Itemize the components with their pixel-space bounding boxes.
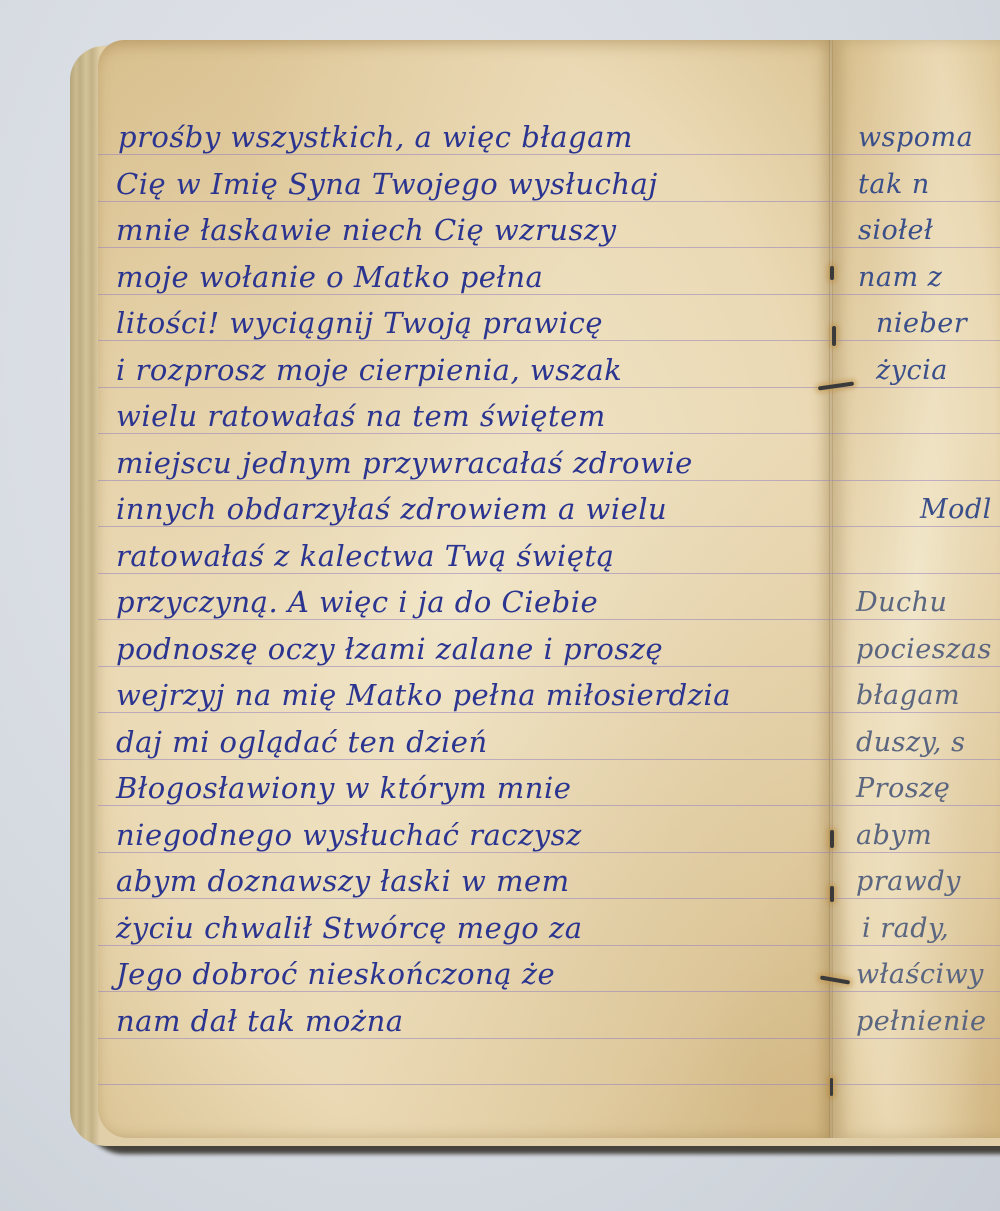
- ruled-line: [98, 480, 832, 481]
- handwritten-line: nieber: [876, 308, 967, 339]
- ruled-line: [832, 712, 1000, 713]
- handwritten-line: innych obdarzyłaś zdrowiem a wielu: [116, 492, 667, 526]
- handwritten-line: wspoma: [858, 122, 973, 153]
- handwritten-line: mnie łaskawie niech Cię wzruszy: [116, 213, 617, 247]
- ruled-line: [98, 1038, 832, 1039]
- ruled-line: [98, 387, 832, 388]
- handwritten-line: litości! wyciągnij Twoją prawicę: [116, 306, 603, 340]
- handwritten-line: przyczyną. A więc i ja do Ciebie: [116, 585, 598, 619]
- handwritten-line: podnoszę oczy łzami zalane i proszę: [116, 632, 663, 666]
- ruled-line: [832, 619, 1000, 620]
- handwritten-line: Proszę: [856, 773, 950, 804]
- handwritten-line: ratowałaś z kalectwa Twą świętą: [116, 539, 614, 573]
- ruled-line: [832, 852, 1000, 853]
- staple-icon: [832, 326, 836, 346]
- ruled-line: [98, 154, 832, 155]
- handwritten-line: siołeł: [858, 215, 933, 246]
- handwritten-line: prośby wszystkich, a więc błagam: [118, 120, 633, 154]
- ruled-line: [832, 247, 1000, 248]
- handwritten-line: wielu ratowałaś na tem świętem: [116, 399, 606, 433]
- handwritten-line: daj mi oglądać ten dzień: [116, 725, 488, 759]
- handwritten-line: wejrzyj na mię Matko pełna miłosierdzia: [116, 678, 731, 712]
- ruled-line: [832, 991, 1000, 992]
- ruled-line: [98, 619, 832, 620]
- handwritten-line: nam dał tak można: [116, 1004, 404, 1038]
- handwritten-line: duszy, s: [856, 727, 965, 758]
- ruled-line: [832, 666, 1000, 667]
- ruled-line: [832, 480, 1000, 481]
- ruled-line: [98, 991, 832, 992]
- ruled-line: [98, 945, 832, 946]
- handwritten-line: tak n: [858, 169, 930, 200]
- ruled-line: [98, 573, 832, 574]
- ruled-line: [832, 759, 1000, 760]
- ruled-line: [98, 201, 832, 202]
- handwritten-line: abym: [856, 820, 932, 851]
- ruled-line: [832, 805, 1000, 806]
- ruled-line: [98, 666, 832, 667]
- ruled-line: [98, 712, 832, 713]
- handwritten-line: niegodnego wysłuchać raczysz: [116, 818, 582, 852]
- handwritten-line: pocieszas: [856, 634, 992, 665]
- ruled-line: [98, 805, 832, 806]
- staple-icon: [830, 886, 834, 902]
- ruled-line: [832, 294, 1000, 295]
- ruled-line: [98, 759, 832, 760]
- handwritten-line: abym doznawszy łaski w mem: [116, 864, 570, 898]
- ruled-line: [98, 852, 832, 853]
- handwritten-line: Duchu: [856, 587, 947, 618]
- handwritten-line: pełnienie: [856, 1006, 987, 1037]
- ruled-line: [98, 247, 832, 248]
- ruled-line: [832, 433, 1000, 434]
- handwritten-line: i rady,: [862, 913, 949, 944]
- ruled-line: [832, 340, 1000, 341]
- ruled-line: [832, 154, 1000, 155]
- ruled-line: [832, 1038, 1000, 1039]
- ruled-line: [832, 387, 1000, 388]
- ruled-line: [832, 526, 1000, 527]
- binding-gutter: [829, 40, 833, 1138]
- ruled-line: [98, 898, 832, 899]
- handwritten-line: i rozprosz moje cierpienia, wszak: [116, 353, 622, 387]
- handwritten-line: życia: [876, 355, 948, 386]
- ruled-line: [98, 1084, 832, 1085]
- staple-icon: [830, 830, 834, 848]
- staple-icon: [830, 1078, 833, 1096]
- handwritten-line: właściwy: [856, 959, 984, 990]
- ruled-line: [98, 433, 832, 434]
- ruled-line: [98, 294, 832, 295]
- ruled-line: [832, 573, 1000, 574]
- ruled-line: [832, 945, 1000, 946]
- prayer-heading: Modl: [920, 494, 992, 525]
- handwritten-line: życiu chwalił Stwórcę mego za: [116, 911, 583, 945]
- handwritten-line: błagam: [856, 680, 960, 711]
- handwritten-line: Błogosławiony w którym mnie: [116, 771, 571, 805]
- ruled-line: [832, 201, 1000, 202]
- ruled-line: [98, 526, 832, 527]
- handwritten-line: Cię w Imię Syna Twojego wysłuchaj: [116, 167, 658, 201]
- staple-icon: [830, 266, 834, 280]
- left-page: prośby wszystkich, a więc błagamCię w Im…: [98, 40, 832, 1138]
- ruled-line: [832, 1084, 1000, 1085]
- handwritten-line: prawdy: [856, 866, 961, 897]
- handwritten-line: miejscu jednym przywracałaś zdrowie: [116, 446, 693, 480]
- handwritten-line: Jego dobroć nieskończoną że: [116, 957, 555, 991]
- ruled-line: [832, 898, 1000, 899]
- right-page: wspomatak nsiołełnam znieberżyciaModlDuc…: [832, 40, 1000, 1138]
- handwritten-line: nam z: [858, 262, 942, 293]
- handwritten-line: moje wołanie o Matko pełna: [116, 260, 543, 294]
- ruled-line: [98, 340, 832, 341]
